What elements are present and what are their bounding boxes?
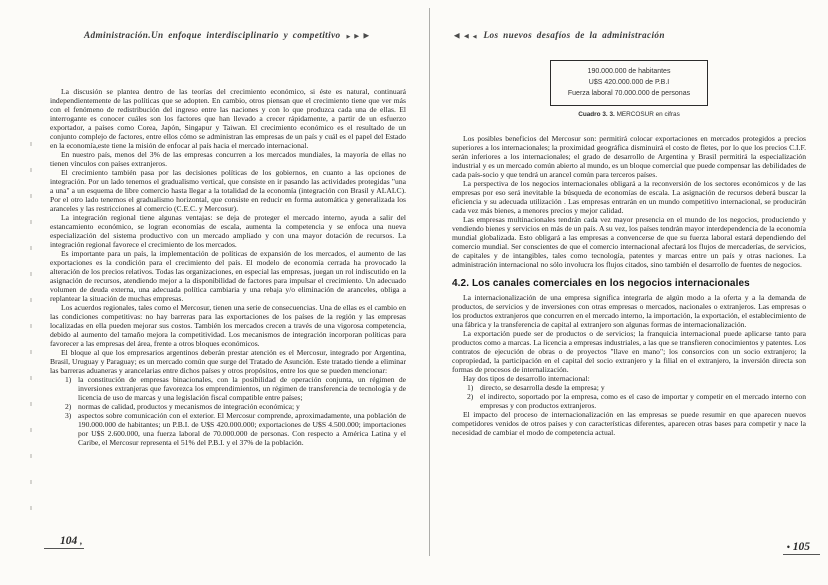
list-intro: Hay dos tipos de desarrollo internaciona…: [452, 374, 806, 383]
paragraph: Las empresas multinacionales tendrán cad…: [452, 215, 806, 269]
mercosur-stats-box: 190.000.000 de habitantes U$S 420.000.00…: [550, 60, 708, 106]
list-item: 2) el indirecto, soportado por la empres…: [467, 392, 806, 410]
list-item-text: aspectos sobre comunicación con el exter…: [78, 411, 406, 447]
back-arrows-icon: ◄◄◄: [452, 30, 479, 40]
paragraph: El impacto del proceso de internacionali…: [452, 410, 806, 437]
paragraph: La integración regional tiene algunas ve…: [50, 213, 406, 249]
list-item-number: 1): [467, 383, 473, 392]
development-types-list: 1) directo, se desarrolla desde la empre…: [467, 383, 806, 410]
running-header-right: ◄◄◄ Los nuevos desafíos de la administra…: [452, 0, 806, 41]
list-item-text: el indirecto, soportado por la empresa, …: [480, 392, 806, 410]
forward-arrows-icon: ►►►: [345, 30, 372, 40]
paragraph: La discusión se plantea dentro de las te…: [50, 87, 406, 150]
paragraph: El crecimiento también pasa por las deci…: [50, 168, 406, 213]
list-item: 1) la constitución de empresas binaciona…: [65, 375, 406, 402]
list-item: 3) aspectos sobre comunicación con el ex…: [65, 411, 406, 447]
left-arrow-icon: ◄: [462, 32, 471, 41]
section-heading: 4.2. Los canales comerciales en los nego…: [452, 279, 806, 288]
left-arrow-icon: ◄: [452, 32, 462, 42]
list-item-text: normas de calidad, productos y mecanismo…: [78, 402, 300, 411]
list-item-number: 2): [467, 392, 473, 401]
right-page-body: Los posibles beneficios del Mercosur son…: [452, 134, 806, 437]
list-item: 1) directo, se desarrolla desde la empre…: [467, 383, 806, 392]
list-item-text: directo, se desarrolla desde la empresa;…: [480, 383, 605, 392]
page-number-mark: •: [787, 542, 790, 552]
list-item-number: 3): [65, 411, 71, 420]
stats-line: U$S 420.000.000 de P.B.I: [554, 77, 704, 88]
running-header-left: Administración.Un enfoque interdisciplin…: [50, 0, 406, 41]
page-right: ◄◄◄ Los nuevos desafíos de la administra…: [452, 0, 806, 437]
list-item: 2) normas de calidad, productos y mecani…: [65, 402, 406, 411]
right-arrow-icon: ►: [345, 34, 352, 41]
list-item-number: 1): [65, 375, 71, 384]
stats-line: 190.000.000 de habitantes: [554, 66, 704, 77]
paragraph: Los posibles beneficios del Mercosur son…: [452, 134, 806, 179]
treaty-purposes-list: 1) la constitución de empresas binaciona…: [65, 375, 406, 447]
paragraph: La internacionalización de una empresa s…: [452, 293, 806, 329]
left-arrow-icon: ◄: [471, 34, 478, 41]
running-header-title: Administración.Un enfoque interdisciplin…: [84, 30, 341, 40]
right-arrow-icon: ►: [362, 32, 372, 42]
binding-marks: [30, 120, 32, 520]
paragraph: En nuestro país, menos del 3% de las emp…: [50, 150, 406, 168]
book-spread: Administración.Un enfoque interdisciplin…: [0, 0, 828, 585]
page-spine-divider: [429, 8, 430, 556]
caption-label: Cuadro 3. 3.: [578, 111, 615, 118]
left-page-body: La discusión se plantea dentro de las te…: [50, 87, 406, 447]
stats-box-caption: Cuadro 3. 3. MERCOSUR en cifras: [452, 111, 806, 118]
paragraph: Es importante para un país, la implement…: [50, 249, 406, 303]
paragraph: Los acuerdos regionales, tales como el M…: [50, 303, 406, 348]
page-number-left: 104 ,: [44, 535, 84, 549]
page-number-value: 104: [60, 535, 77, 547]
paragraph: El bloque al que los empresarios argenti…: [50, 348, 406, 375]
paragraph: La perspectiva de los negocios internaci…: [452, 179, 806, 215]
paragraph: La exportación puede ser de productos o …: [452, 329, 806, 374]
caption-text: MERCOSUR en cifras: [617, 111, 680, 118]
page-number-right: • 105: [783, 541, 820, 555]
page-number-value: 105: [793, 541, 810, 553]
running-header-title: Los nuevos desafíos de la administración: [483, 30, 664, 40]
list-item-number: 2): [65, 402, 71, 411]
page-left: Administración.Un enfoque interdisciplin…: [50, 0, 406, 447]
list-item-text: la constitución de empresas binacionales…: [78, 375, 406, 402]
stats-line: Fuerza laboral 70.000.000 de personas: [554, 88, 704, 99]
right-arrow-icon: ►: [353, 32, 362, 41]
page-number-mark: ,: [80, 536, 82, 546]
